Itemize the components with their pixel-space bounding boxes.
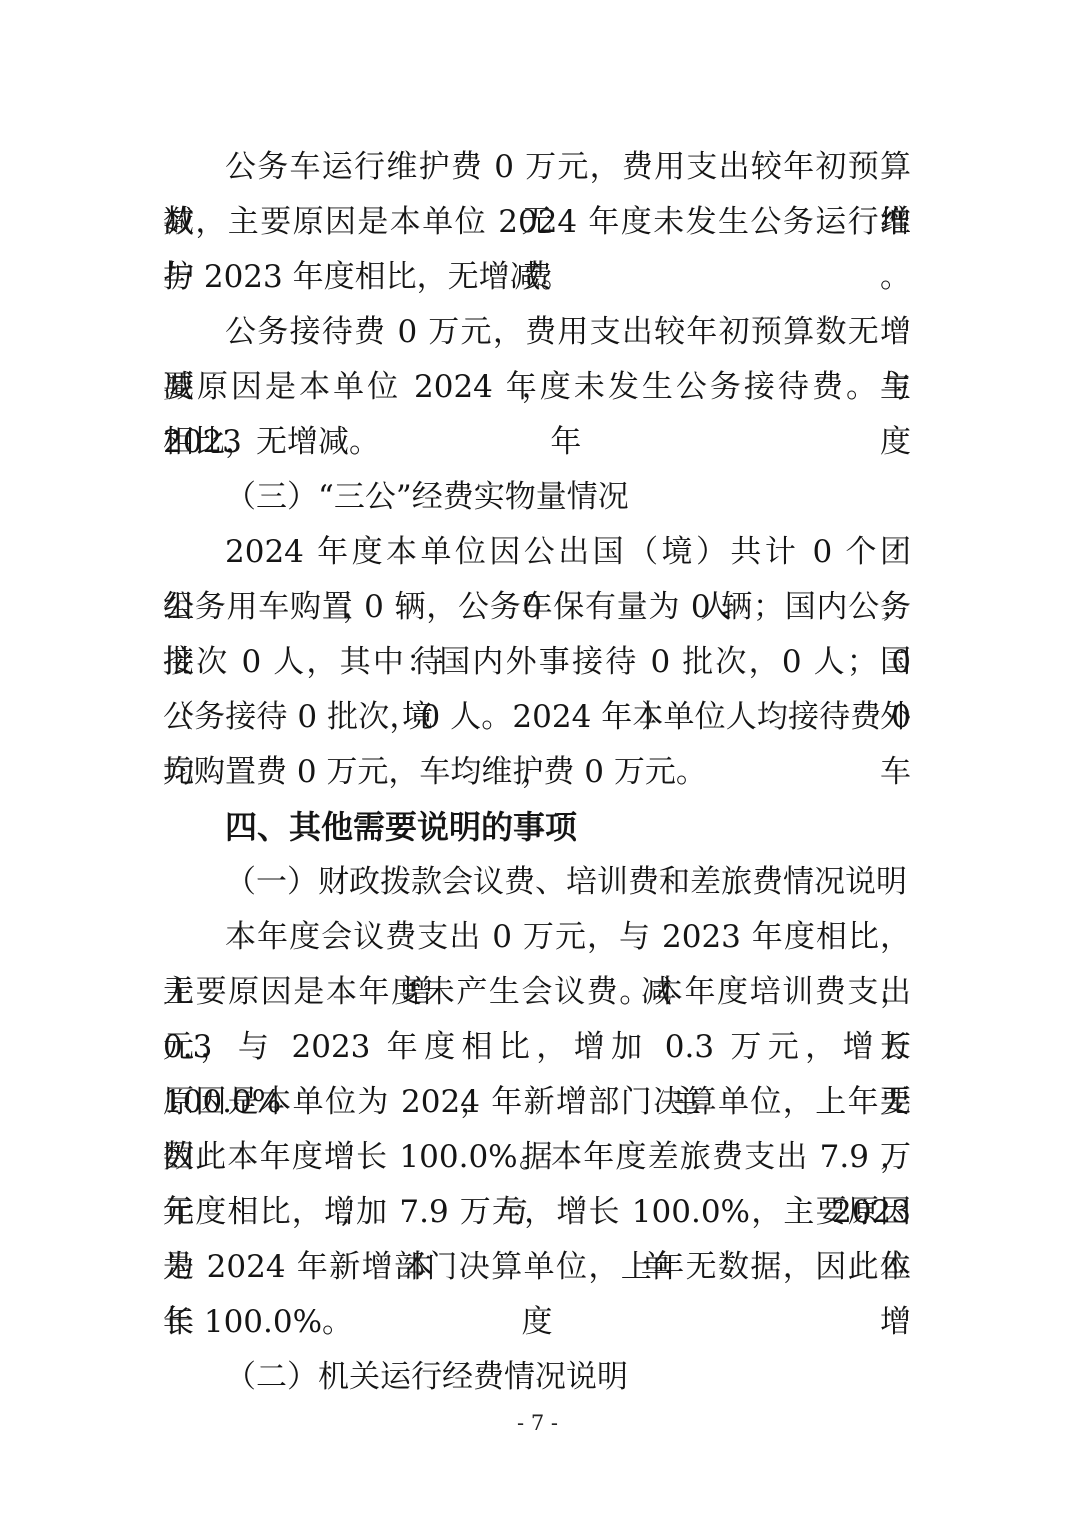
text-line: 2024 年度本单位因公出国（境）共计 0 个团组，0 人； [163, 525, 911, 580]
text-line: 批次 0 人，其中：国内外事接待 0 批次，0 人；国（境）外 [163, 635, 911, 690]
text-line: 主要原因是本年度未产生会议费。本年度培训费支出 0.3 万 [163, 965, 911, 1020]
text-line: 为 2024 年新增部门决算单位，上年无数据，因此本年度增 [163, 1240, 911, 1295]
section-heading: 四、其他需要说明的事项 [163, 800, 911, 855]
text-line: 公务车运行维护费 0 万元，费用支出较年初预算数无增 [163, 140, 911, 195]
text-line: 减，主要原因是本单位 2024 年度未发生公务运行维护费。 [163, 195, 911, 250]
section-heading: （三）“三公”经费实物量情况 [163, 470, 911, 525]
text-line: 年度相比，增加 7.9 万元，增长 100.0%，主要原因是本单位 [163, 1185, 911, 1240]
section-heading: （二）机关运行经费情况说明 [163, 1350, 911, 1405]
heading-three-public-funds-physical-quantity: （三）“三公”经费实物量情况 [163, 470, 911, 525]
text-line: 元，与 2023 年度相比，增加 0.3 万元，增长 100.0%，主要 [163, 1020, 911, 1075]
text-line: 公务接待费 0 万元，费用支出较年初预算数无增减，主 [163, 305, 911, 360]
page-number: - 7 - [517, 1411, 558, 1435]
section-heading: （一）财政拨款会议费、培训费和差旅费情况说明 [163, 855, 911, 910]
text-line: 原因是本单位为 2024 年新增部门决算单位，上年无数据， [163, 1075, 911, 1130]
text-line: 本年度会议费支出 0 万元，与 2023 年度相比，无增减， [163, 910, 911, 965]
heading-meeting-training-travel-fees: （一）财政拨款会议费、培训费和差旅费情况说明 [163, 855, 911, 910]
text-line: 公务用车购置 0 辆，公务车保有量为 0 辆；国内公务接待 0 [163, 580, 911, 635]
heading-agency-operating-expenses: （二）机关运行经费情况说明 [163, 1350, 911, 1405]
text-line: 公务接待 0 批次，0 人。2024 年本单位人均接待费 0 元，车 [163, 690, 911, 745]
para-official-reception-fee: 公务接待费 0 万元，费用支出较年初预算数无增减，主要原因是本单位 2024 年… [163, 305, 911, 470]
document-body: 公务车运行维护费 0 万元，费用支出较年初预算数无增减，主要原因是本单位 202… [163, 140, 911, 1405]
para-meeting-training-travel-fees: 本年度会议费支出 0 万元，与 2023 年度相比，无增减，主要原因是本年度未产… [163, 910, 911, 1350]
para-official-vehicle-maintenance-fee: 公务车运行维护费 0 万元，费用支出较年初预算数无增减，主要原因是本单位 202… [163, 140, 911, 305]
text-line: 要原因是本单位 2024 年度未发生公务接待费。与 2023 年度 [163, 360, 911, 415]
text-line: 因此本年度增长 100.0%。本年度差旅费支出 7.9 万元,与 2023 [163, 1130, 911, 1185]
page-footer: - 7 - [0, 1408, 1075, 1438]
document-page: 公务车运行维护费 0 万元，费用支出较年初预算数无增减，主要原因是本单位 202… [0, 0, 1075, 1520]
para-three-public-funds-physical-quantity: 2024 年度本单位因公出国（境）共计 0 个团组，0 人；公务用车购置 0 辆… [163, 525, 911, 800]
heading-other-matters: 四、其他需要说明的事项 [163, 800, 911, 855]
